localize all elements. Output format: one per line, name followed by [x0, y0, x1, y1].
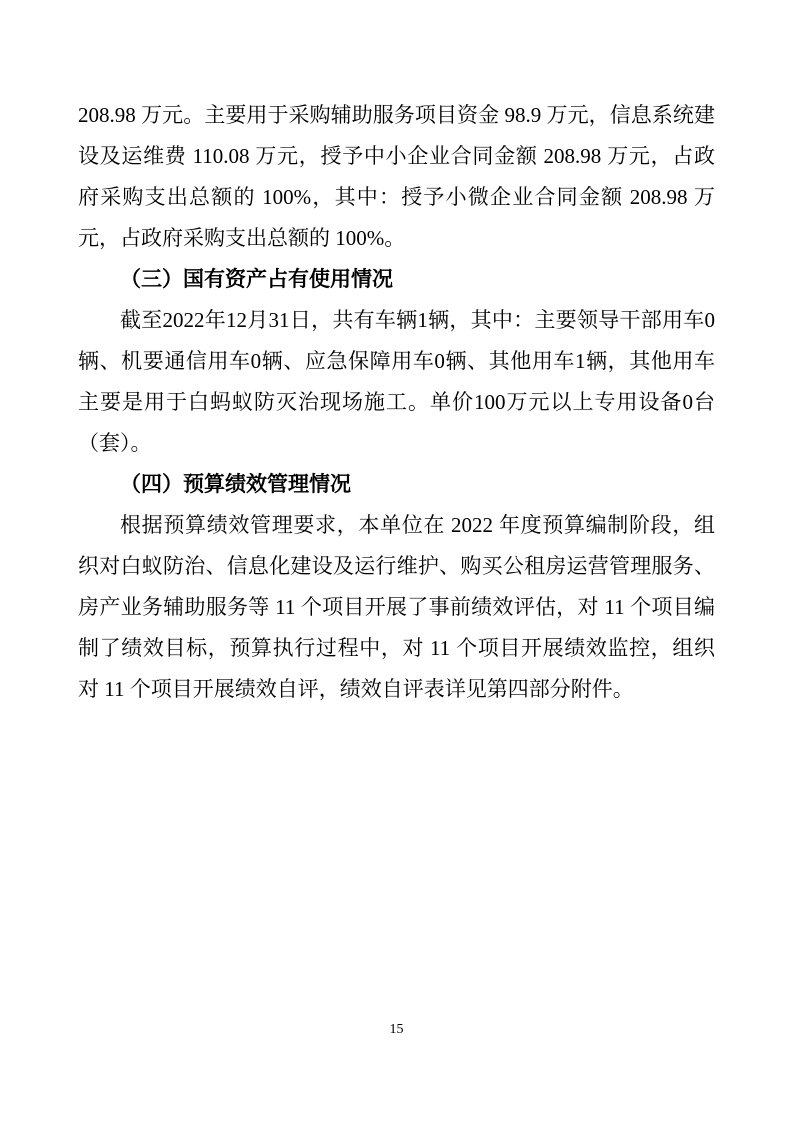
section-4-body: 根据预算绩效管理要求，本单位在 2022 年度预算编制阶段，组织对白蚁防治、信息…: [78, 505, 715, 710]
section-4-heading: （四）预算绩效管理情况: [78, 464, 715, 505]
section-3-body: 截至2022年12月31日，共有车辆1辆，其中：主要领导干部用车0辆、机要通信用…: [78, 300, 715, 464]
paragraph-continuation: 208.98 万元。主要用于采购辅助服务项目资金 98.9 万元，信息系统建设及…: [78, 95, 715, 259]
document-page: 208.98 万元。主要用于采购辅助服务项目资金 98.9 万元，信息系统建设及…: [0, 0, 793, 1122]
page-content: 208.98 万元。主要用于采购辅助服务项目资金 98.9 万元，信息系统建设及…: [78, 95, 715, 710]
page-number: 15: [390, 1022, 404, 1037]
section-3-heading: （三）国有资产占有使用情况: [78, 259, 715, 300]
page-footer: 15: [0, 1020, 793, 1038]
